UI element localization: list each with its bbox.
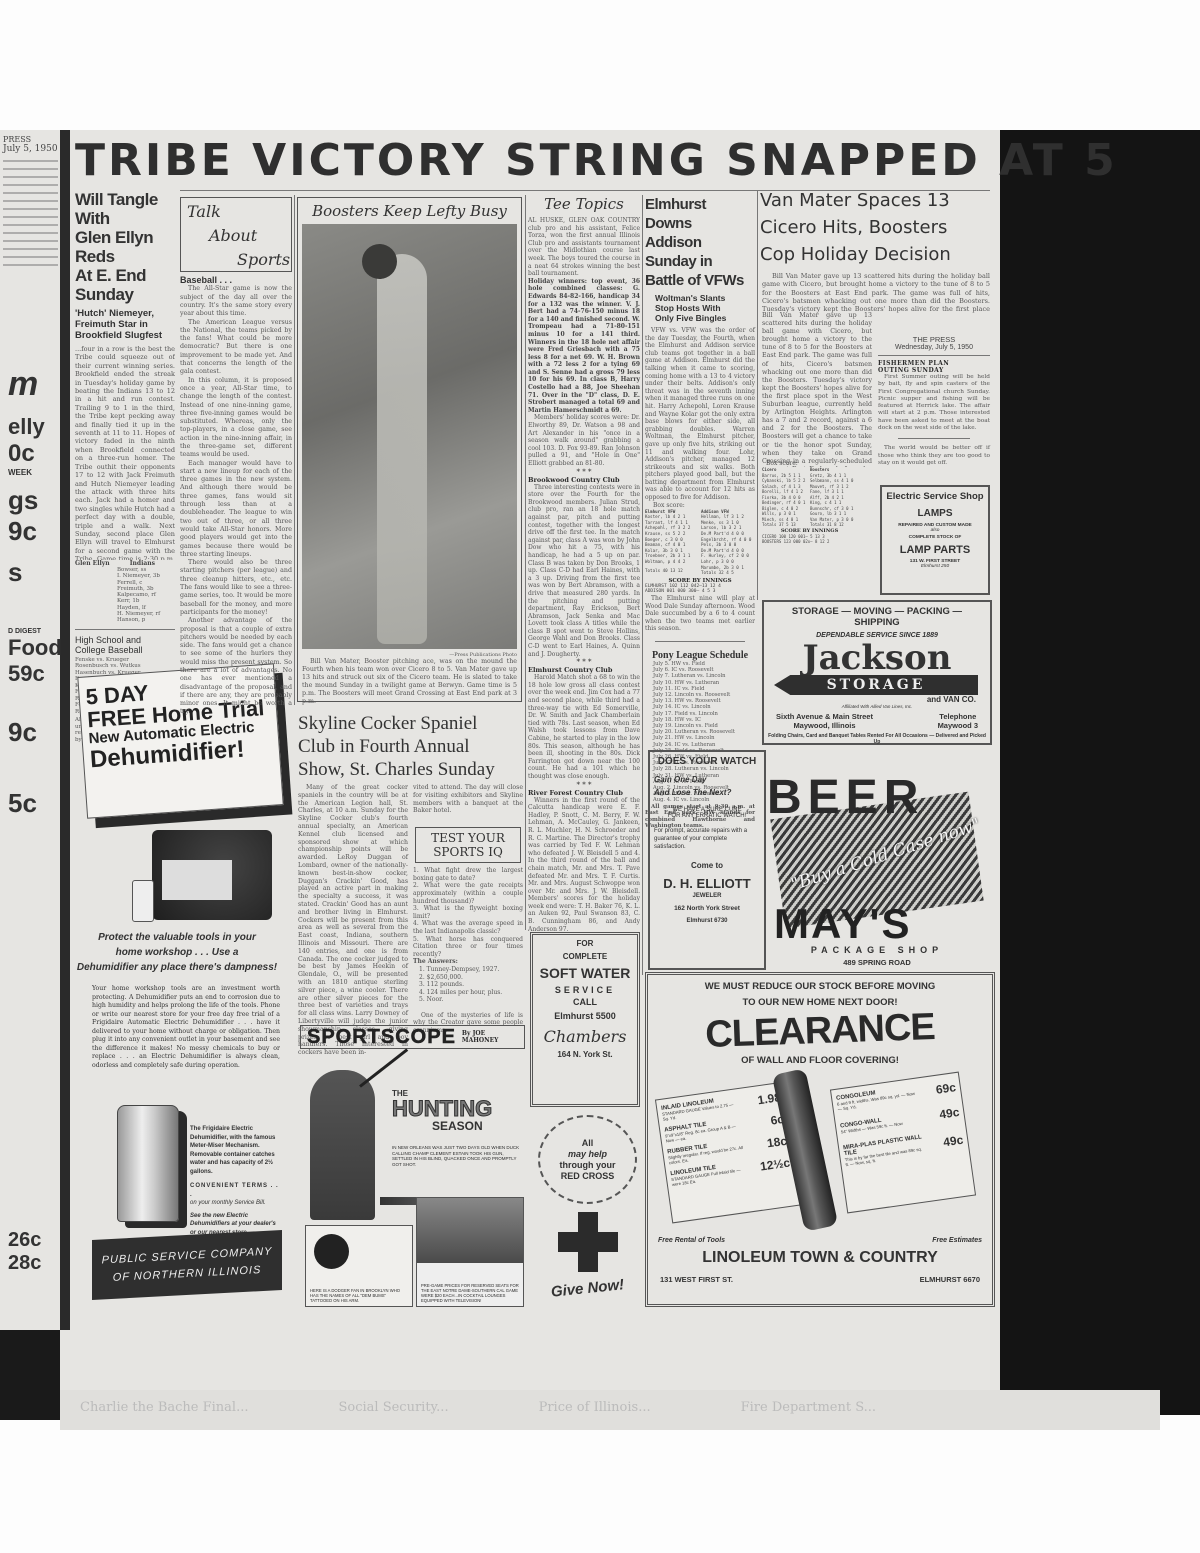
business-name: MAY'S xyxy=(774,900,911,948)
paragraph: In this column, it is proposed once a ye… xyxy=(180,377,292,460)
iq-question: 2. What were the gate receipts approxima… xyxy=(413,882,523,905)
iq-question: 4. What was the average speed in the las… xyxy=(413,920,523,935)
ad-text: FOR ANY ERRATIC WATCH! xyxy=(654,813,760,819)
pitcher-photo xyxy=(302,224,517,649)
talk-about-sports-column: Baseball . . . The All-Star game is now … xyxy=(180,275,292,717)
edge-fragment: WEEK xyxy=(8,468,58,477)
storage-banner: STORAGE xyxy=(774,675,978,695)
headline-line: Addison Sunday in xyxy=(645,233,755,271)
ad-text: PACKAGE SHOP xyxy=(762,945,992,955)
headline-line: FISHERMEN PLAN xyxy=(878,360,990,367)
ad-text: CALL xyxy=(533,997,637,1007)
product-text: The Frigidaire Electric Dehumidifier, wi… xyxy=(190,1125,280,1176)
edge-fragment: 26c xyxy=(8,1229,58,1252)
business-name: D. H. ELLIOTT xyxy=(654,876,760,891)
edge-fragment: 9c xyxy=(8,717,58,748)
terms-text: on your monthly Service Bill. xyxy=(190,1199,280,1208)
sportscope-byline: By JOE MAHONEY xyxy=(462,1030,502,1044)
vfw-box-score: Elmhurst VFW Koster, lb 4 2 1 Tarrant, l… xyxy=(645,509,755,576)
paragraph: The All-Star game is now the subject of … xyxy=(180,285,292,318)
ad-text: All xyxy=(540,1138,635,1149)
column-divider xyxy=(642,195,643,975)
item-price: 49c xyxy=(938,1105,960,1122)
headline-line: At E. End Sunday xyxy=(75,266,175,304)
box-totals: Totals 32 4 5 xyxy=(701,570,754,576)
body-text: Bill Van Mater gave up 13 scattered hits… xyxy=(762,312,872,467)
edge-fragment: Food xyxy=(8,635,58,661)
dodger-fan-panel: HERE IS A DODGER FAN IN BROOKLYN WHO HAS… xyxy=(305,1225,413,1307)
ad-text: JEWELER xyxy=(654,893,760,899)
ad-text: also xyxy=(886,528,984,533)
ad-text: Free Estimates xyxy=(932,1237,982,1244)
item-price: 49c xyxy=(942,1133,964,1150)
paper-date: Wednesday, July 5, 1950 xyxy=(878,344,990,351)
photo-title: Boosters Keep Lefty Busy xyxy=(302,202,517,220)
subhead-line: Brookfield Slugfest xyxy=(75,330,175,341)
ad-phone: Maywood 3 xyxy=(938,721,978,730)
red-cross-ad: All may help through your RED CROSS Give… xyxy=(535,1110,640,1310)
panel-title-line: HUNTING xyxy=(392,1098,492,1120)
column-title: Tee Topics xyxy=(528,195,640,213)
tribe-headline: Will Tangle With Glen Ellyn Reds At E. E… xyxy=(75,190,175,304)
glove-icon xyxy=(362,244,397,279)
ad-address: 164 N. York St. xyxy=(533,1050,637,1059)
banner-headline: TRIBE VICTORY STRING SNAPPED AT 5 xyxy=(75,135,990,185)
column-divider xyxy=(525,195,526,930)
shotgun-icon xyxy=(359,1048,408,1087)
iq-questions: 1. What fight drew the largest boxing ga… xyxy=(413,867,523,1034)
iq-answer: 3. 112 pounds. xyxy=(413,981,523,989)
section-separator: * * * xyxy=(528,468,640,476)
van-mater-headline: Van Mater Spaces 13 Cicero Hits, Booster… xyxy=(760,187,992,268)
headline-line: Van Mater Spaces 13 xyxy=(760,187,992,214)
lineup-team: Glen Ellyn xyxy=(75,560,110,567)
crowd-panel: PRE-GAME PRICES FOR RESERVED SEATS FOR T… xyxy=(416,1197,524,1307)
box-row: Selbmann, ss 4 1 0 xyxy=(810,478,856,484)
ad-address: Sixth Avenue & Main Street xyxy=(776,712,873,721)
divider xyxy=(75,629,175,630)
edge-fragment: s xyxy=(8,557,58,588)
paragraph: Another advantage of the proposal is tha… xyxy=(180,617,292,717)
iq-question: 3. What is the flyweight boxing limit? xyxy=(413,905,523,920)
terms-label: CONVENIENT TERMS . . . xyxy=(190,1182,280,1199)
iq-answer: 5. Noor. xyxy=(413,996,523,1004)
headline-line: College Baseball xyxy=(75,645,175,655)
divider xyxy=(655,641,745,642)
hs-baseball-headline: High School and College Baseball xyxy=(75,635,175,655)
ad-text: Free Rental of Tools xyxy=(658,1237,725,1244)
business-name: Jackson xyxy=(768,641,986,675)
ad-text: SERVICE xyxy=(533,985,637,995)
subhead-line: Stop Hosts With xyxy=(655,303,755,313)
edge-fragment: D DIGEST xyxy=(8,628,58,635)
skyline-body-continued: vited to attend. The day will close for … xyxy=(413,784,523,815)
panel-caption: HERE IS A DODGER FAN IN BROOKLYN WHO HAS… xyxy=(310,1288,408,1303)
business-name: Chambers xyxy=(533,1027,637,1046)
paragraph: Each manager would have to start a new l… xyxy=(180,460,292,560)
vfw-subhead: Woltman's Slants Stop Hosts With Only Fi… xyxy=(655,293,755,323)
ad-text: WE MUST REDUCE OUR STOCK BEFORE MOVING xyxy=(648,981,992,992)
business-name: LINOLEUM TOWN & COUNTRY xyxy=(648,1249,992,1267)
headline-line: Elmhurst Downs xyxy=(645,195,755,233)
next-page-fragment: Social Security... xyxy=(339,1400,449,1415)
headline-line: High School and xyxy=(75,635,175,645)
tagline-line: Dehumidifier any place there's dampness! xyxy=(72,960,282,975)
club-report: Three interesting contests were in store… xyxy=(528,484,640,659)
ad-question: Gain One Day xyxy=(654,775,760,784)
tee-members-scores: Members' holiday scores were: Dr. Elwort… xyxy=(528,414,640,467)
tee-holiday-results: Holiday winners: top event, 36 hole comb… xyxy=(528,278,640,415)
sportscope-cartoon: SPORTSCOPE By JOE MAHONEY THE HUNTING SE… xyxy=(300,1025,525,1310)
column-title: Talk About Sports xyxy=(181,198,291,274)
box-totals: Totals 37 5 13 xyxy=(762,522,808,528)
iq-answer: 4. 124 miles per hour, plus. xyxy=(413,989,523,997)
divider xyxy=(878,355,990,356)
soft-water-ad: FOR COMPLETE SOFT WATER SERVICE CALL Elm… xyxy=(530,932,640,1107)
clearance-title: CLEARANCE xyxy=(647,1004,992,1059)
box-row: Borelli, lf 4 1 2 xyxy=(762,489,808,495)
section-separator: * * * xyxy=(528,781,640,789)
ad-footer: Folding Chairs, Card and Banquet Tables … xyxy=(768,733,986,745)
dehumidifier-icon xyxy=(132,880,154,922)
ad-question: And Lose The Next? xyxy=(654,788,760,797)
ad-text: RED CROSS xyxy=(540,1171,635,1182)
lineup-list: Bowser, ss I. Niemeyer, 3b Ferrell, c Fr… xyxy=(117,567,175,624)
workshop-illustration xyxy=(152,830,272,920)
box-score-label: Box score: xyxy=(762,460,857,467)
title-line: Sports xyxy=(187,248,285,272)
give-now-text: Give Now! xyxy=(534,1275,640,1303)
iq-answer: 1. Tunney-Dempsey, 1927. xyxy=(413,966,523,974)
tee-topics-column: Tee Topics AL HUSKE, GLEN OAK COUNTRY cl… xyxy=(528,195,640,933)
ad-address: 162 North York Street xyxy=(654,905,760,912)
ad-text: Come to xyxy=(654,861,760,870)
headline-line: Skyline Cocker Spaniel xyxy=(298,712,523,735)
line-score: BOOSTERS 123 000 02x— 8 12 2 xyxy=(762,539,857,544)
headline-line: Battle of VFWs xyxy=(645,271,755,290)
headline-line: OUTING SUNDAY xyxy=(878,367,990,374)
headline-line: Will Tangle With xyxy=(75,190,175,228)
next-page-fragment: Price of Illinois... xyxy=(539,1400,651,1415)
fishermen-headline: FISHERMEN PLAN OUTING SUNDAY xyxy=(878,360,990,374)
column-divider xyxy=(757,190,758,600)
headline-line: Club in Fourth Annual xyxy=(298,735,523,758)
ad-text: STORAGE — MOVING — PACKING — SHIPPING xyxy=(768,606,986,628)
item-price: 69c xyxy=(935,1080,957,1097)
ad-text: Affiliated With Allied Van Lines, Inc. xyxy=(768,704,986,709)
ad-phone: Elmhurst 6730 xyxy=(654,918,760,924)
tee-lead: AL HUSKE, GLEN OAK COUNTRY club pro and … xyxy=(528,217,640,278)
ad-title: Electric Service Shop xyxy=(886,491,984,502)
lineup-item: Hanson, p xyxy=(117,617,175,623)
ad-text: may help xyxy=(540,1149,635,1160)
ad-text: and VAN CO. xyxy=(768,695,976,704)
item-price: 12½c xyxy=(759,1156,791,1174)
box-row: Bedinger, rf 4 0 1 xyxy=(762,500,808,506)
sportscope-title: SPORTSCOPE xyxy=(307,1026,456,1049)
jackson-storage-ad: STORAGE — MOVING — PACKING — SHIPPING DE… xyxy=(762,600,992,745)
column-divider xyxy=(294,195,295,705)
filler-text: The world would be better off if those w… xyxy=(878,445,990,467)
ad-phone: Elmhurst 5500 xyxy=(533,1011,637,1021)
next-page-edge: Charlie the Bache Final... Social Securi… xyxy=(60,1390,1160,1430)
electric-service-shop-ad: Electric Service Shop LAMPS REPAIRED AND… xyxy=(880,485,990,595)
pitcher-figure-icon xyxy=(377,254,427,644)
panel-title-line: SEASON xyxy=(432,1120,492,1132)
vfw-headline: Elmhurst Downs Addison Sunday in Battle … xyxy=(645,195,755,290)
iq-title-line: SPORTS IQ xyxy=(419,845,517,859)
dehumidifier-product-icon xyxy=(117,1105,179,1222)
paragraph: The American League versus the National,… xyxy=(180,319,292,377)
answers-label: The Answers: xyxy=(413,958,523,966)
tagline-line: home workshop . . . Use a xyxy=(72,945,282,960)
tribe-body: ...four in a row is the best the Tribe c… xyxy=(75,345,175,560)
title-line: About xyxy=(187,224,285,248)
van-mater-box-score: Box score: Cicero Barrus, 2b 5 1 1 Cyban… xyxy=(762,460,857,544)
box-row: Cybanski, lb 5 2 2 xyxy=(762,478,808,484)
ad-phone: ELMHURST 6670 xyxy=(920,1275,980,1284)
subhead-line: Freimuth Star in xyxy=(75,319,175,330)
linoleum-town-country-ad: WE MUST REDUCE OUR STOCK BEFORE MOVING T… xyxy=(645,972,995,1307)
paragraph: There would also be three starting pitch… xyxy=(180,559,292,617)
edge-fragment: 59c xyxy=(8,661,58,687)
section-heading: Baseball . . . xyxy=(180,275,292,285)
box-score-label: Box score: xyxy=(645,502,755,509)
beer-title: BEER xyxy=(767,770,924,825)
section-separator: * * * xyxy=(528,658,640,666)
fishermen-body: First Summer outing will be held by bait… xyxy=(878,374,990,432)
lineup-team: Indians xyxy=(130,560,155,567)
hunter-figure-icon xyxy=(310,1070,375,1220)
paper-name: THE PRESS xyxy=(878,335,990,344)
headline-line: Show, St. Charles Sunday xyxy=(298,758,523,781)
press-sidebar: THE PRESS Wednesday, July 5, 1950 FISHER… xyxy=(878,335,990,467)
van-mater-body: Bill Van Mater gave up 13 scattered hits… xyxy=(762,312,872,467)
club-heading: Elmhurst Country Club xyxy=(528,666,640,674)
pony-league-title: Pony League Schedule xyxy=(645,650,755,661)
ad-headline: DOES YOUR WATCH xyxy=(654,756,760,767)
ad-tagline: Protect the valuable tools in your home … xyxy=(72,930,282,975)
skyline-story: Skyline Cocker Spaniel Club in Fourth An… xyxy=(298,712,523,1057)
starburst: All may help through your RED CROSS xyxy=(538,1115,637,1204)
subhead-line: Woltman's Slants xyxy=(655,293,755,303)
edge-date: July 5, 1950 xyxy=(3,144,58,154)
subhead-line: 'Hutch' Niemeyer, xyxy=(75,308,175,319)
product-description: The Frigidaire Electric Dehumidifier, wi… xyxy=(190,1125,280,1237)
headline-line: Cicero Hits, Boosters xyxy=(760,214,992,241)
edge-fragment: 0c xyxy=(8,440,58,468)
elliott-jeweler-ad: DOES YOUR WATCH Gain One Day And Lose Th… xyxy=(648,750,766,970)
iq-question: 1. What fight drew the largest boxing ga… xyxy=(413,867,523,882)
panel-caption: PRE-GAME PRICES FOR RESERVED SEATS FOR T… xyxy=(421,1283,519,1303)
dehumidifier-ad: 5 DAY FREE Home Trial New Automatic Elec… xyxy=(72,655,282,1320)
sports-iq-box: TEST YOUR SPORTS IQ xyxy=(415,827,521,863)
price-item: MIRA-PLAS PLASTIC WALL TILEThis is by fa… xyxy=(843,1129,965,1167)
page-gutter xyxy=(60,130,70,1330)
vfw-closing: The Elmhurst nine will play at Wood Dale… xyxy=(645,595,755,633)
tagline-line: Protect the valuable tools in your xyxy=(72,930,282,945)
club-report: Winners in the first round of the Calcut… xyxy=(528,797,640,934)
ad-text: COMPLETE xyxy=(533,952,637,961)
edge-ad-fragments: m elly 0c WEEK gs 9c s D DIGEST Food 59c… xyxy=(8,365,58,1275)
ad-text: LAMPS xyxy=(886,508,984,519)
divider xyxy=(898,438,970,439)
subhead-line: Only Five Bingles xyxy=(655,313,755,323)
iq-question: 5. What horse has conquered Citation thr… xyxy=(413,936,523,959)
hunting-season-title: THE HUNTING SEASON xyxy=(392,1090,492,1132)
red-cross-icon xyxy=(558,1212,618,1272)
ad-body: Your home workshop tools are an investme… xyxy=(92,985,280,1070)
ad-title: SOFT WATER xyxy=(533,965,637,981)
mays-package-shop-ad: BEER "Buy a Cold Case now" MAY'S PACKAGE… xyxy=(762,765,992,970)
skyline-body: Many of the great cocker spaniels in the… xyxy=(298,784,408,1057)
company-banner: PUBLIC SERVICE COMPANY OF NORTHERN ILLIN… xyxy=(92,1230,282,1300)
vfw-story: Elmhurst Downs Addison Sunday in Battle … xyxy=(645,195,755,830)
edge-fragment: 5c xyxy=(8,788,58,819)
edge-press-label: PRESS xyxy=(3,135,58,144)
ad-address: 489 SPRING ROAD xyxy=(762,958,992,967)
ad-text: Telephone xyxy=(938,712,978,721)
ad-address: Maywood, Illinois xyxy=(776,721,873,730)
sportscope-header: SPORTSCOPE By JOE MAHONEY xyxy=(300,1025,525,1049)
figure-icon xyxy=(314,1234,349,1269)
ad-text: LAMP PARTS xyxy=(886,544,984,556)
club-report: Harold Match shot a 68 to win the 18 hol… xyxy=(528,674,640,780)
headline-line: Glen Ellyn Reds xyxy=(75,228,175,266)
tribe-subhead: 'Hutch' Niemeyer, Freimuth Star in Brook… xyxy=(75,308,175,341)
edge-fragment: 28c xyxy=(8,1252,58,1275)
photo-caption: Bill Van Mater, Booster pitching ace, wa… xyxy=(302,658,517,706)
ad-phone: Elmhurst 250 xyxy=(886,564,984,569)
scanner-background-bottom xyxy=(0,1330,60,1420)
headline-line: Cop Holiday Decision xyxy=(760,241,992,268)
next-page-fragment: Fire Department S... xyxy=(741,1400,876,1415)
edge-fragment: elly xyxy=(8,414,58,440)
edge-fragment: 9c xyxy=(8,516,58,547)
van-mater-lead: Bill Van Mater gave up 13 scattered hits… xyxy=(762,272,990,314)
box-row: Woltman, p 4 4 2 xyxy=(645,559,698,565)
club-heading: Brookwood Country Club xyxy=(528,476,640,484)
scanner-background xyxy=(1000,130,1200,1415)
box-totals: Totals 31 8 12 xyxy=(810,522,856,528)
wall-price-card: CONGOLEUM6 and 9 ft. widths. Was 89c sq.… xyxy=(830,1072,976,1214)
ad-text: COMPLETE STOCK OF xyxy=(886,535,984,540)
edge-masthead: PRESS July 5, 1950 xyxy=(3,135,58,270)
iq-title-line: TEST YOUR xyxy=(419,831,517,845)
lineup-header: Glen Ellyn Indians xyxy=(75,560,175,567)
title-line: Talk xyxy=(187,200,285,224)
photo-feature: Boosters Keep Lefty Busy —Press Publicat… xyxy=(297,197,522,702)
club-heading: River Forest Country Club xyxy=(528,789,640,797)
ad-text: through your xyxy=(540,1160,635,1171)
iq-answer: 2. $2,650,000. xyxy=(413,974,523,982)
panel-text: IN NEW ORLEANS WAS JUST TWO DAYS OLD WHE… xyxy=(392,1145,520,1167)
ad-address: 131 WEST FIRST ST. xyxy=(660,1275,733,1284)
van-mater-story: Van Mater Spaces 13 Cicero Hits, Booster… xyxy=(760,187,992,268)
ad-body: For prompt, accurate repairs with a guar… xyxy=(654,827,760,851)
edge-fragment: gs xyxy=(8,485,58,516)
next-page-fragment: Charlie the Bache Final... xyxy=(80,1400,249,1415)
vfw-body: VFW vs. VFW was the order of the day Tue… xyxy=(645,327,755,502)
talk-about-sports-box: Talk About Sports xyxy=(180,197,292,272)
ad-text: FOR xyxy=(533,939,637,948)
box-totals: Totals 40 13 12 xyxy=(645,568,698,574)
skyline-headline: Skyline Cocker Spaniel Club in Fourth An… xyxy=(298,712,523,781)
